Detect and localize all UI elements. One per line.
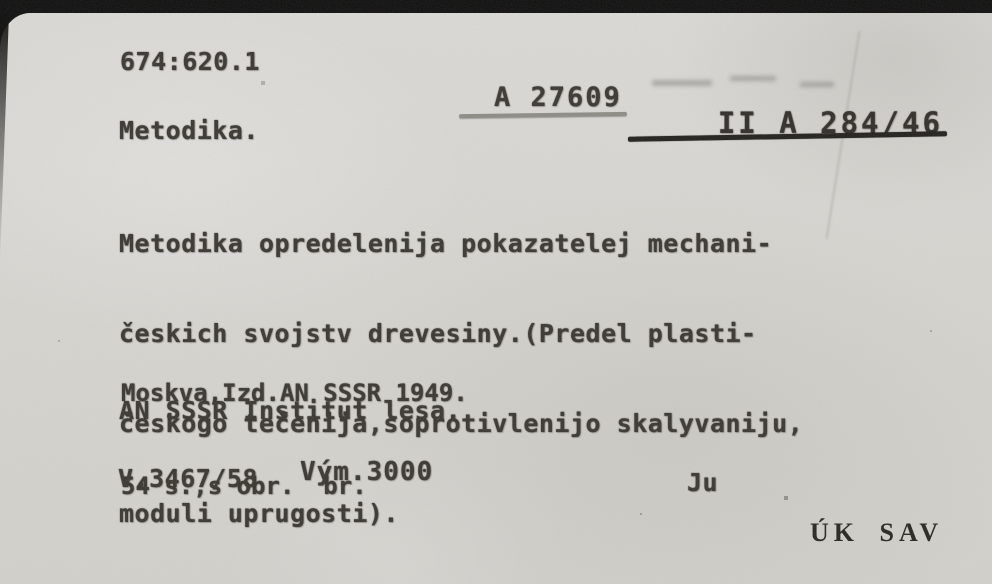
udc-number: 674:620.1 — [120, 47, 260, 77]
scanned-catalog-card: 674:620.1 A 27609 II A 284/46 Metodika. … — [0, 0, 992, 584]
accession-number: A 27609 — [494, 83, 622, 113]
strikethrough-mark — [628, 132, 947, 143]
erased-pencil-smudge — [652, 80, 712, 86]
cataloguer-initials: Ju — [687, 468, 718, 498]
erased-pencil-smudge — [800, 82, 834, 87]
corporate-author: AN SSSR Institut lesa. — [119, 396, 461, 426]
library-stamp: ÚK SAV — [810, 518, 943, 548]
paper-specks — [0, 0, 2, 2]
title-line: Metodika opredelenija pokazatelej mechan… — [119, 229, 803, 259]
print-run: Vým.3000 — [300, 457, 433, 487]
record-number: V.3467/58 — [118, 464, 258, 494]
heading-entry: Metodika. — [119, 116, 259, 146]
erased-pencil-smudge — [730, 76, 776, 81]
imprint-block: Moskva,Izd.AN SSSR 1949. 54 s.,s obr. br… — [121, 316, 468, 564]
